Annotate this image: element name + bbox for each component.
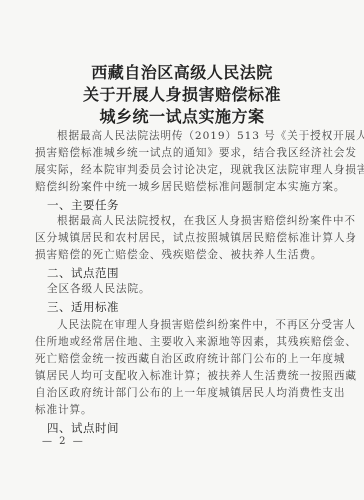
section-line: 人民法院在审理人身损害赔偿纠纷案件中，不再区分受害人	[57, 318, 319, 332]
section-line: 自治区政府统计部门公布的上一年度城镇居民人均消费性支出	[35, 386, 319, 400]
section-heading-scope: 二、试点范围	[47, 265, 119, 281]
section-line: 根据最高人民法院授权，在我区人身损害赔偿纠纷案件中不	[57, 214, 319, 228]
section-heading-pilot-time: 四、试点时间	[47, 420, 119, 436]
section-line: 损害赔偿的死亡赔偿金、残疾赔偿金、被扶养人生活费。	[35, 248, 319, 262]
intro-line: 损害赔偿标准城乡统一试点的通知》要求，结合我区经济社会发	[35, 146, 319, 160]
section-line: 全区各级人民法院。	[47, 282, 331, 296]
document-title-line-3: 城乡统一试点实施方案	[0, 104, 364, 127]
section-line: 住所地或经常居住地、主要收入来源地等因素，其残疾赔偿金、	[35, 335, 319, 349]
section-line: 标准计算。	[35, 403, 319, 417]
intro-line: 展实际，经本院审判委员会讨论决定，现就我区法院审理人身损害	[35, 163, 319, 177]
section-line: 死亡赔偿金统一按西藏自治区政府统计部门公布的上一年度城	[35, 352, 319, 366]
section-line: 镇居民人均可支配收入标准计算；被扶养人生活费统一按照西藏	[35, 369, 319, 383]
intro-line: 根据最高人民法院法明传（2019）513 号《关于授权开展人身	[57, 129, 319, 143]
section-heading-main-tasks: 一、主要任务	[47, 197, 119, 213]
document-title-line-1: 西藏自治区高级人民法院	[0, 60, 364, 83]
document-page: 西藏自治区高级人民法院 关于开展人身损害赔偿标准 城乡统一试点实施方案 根据最高…	[0, 0, 364, 500]
page-number: — 2 —	[42, 436, 85, 447]
section-heading-standards: 三、适用标准	[47, 299, 119, 315]
section-line: 区分城镇居民和农村居民，试点按照城镇居民赔偿标准计算人身	[35, 231, 319, 245]
document-title-line-2: 关于开展人身损害赔偿标准	[0, 82, 364, 105]
intro-line: 赔偿纠纷案件中统一城乡居民赔偿标准问题制定本实施方案。	[35, 180, 319, 194]
